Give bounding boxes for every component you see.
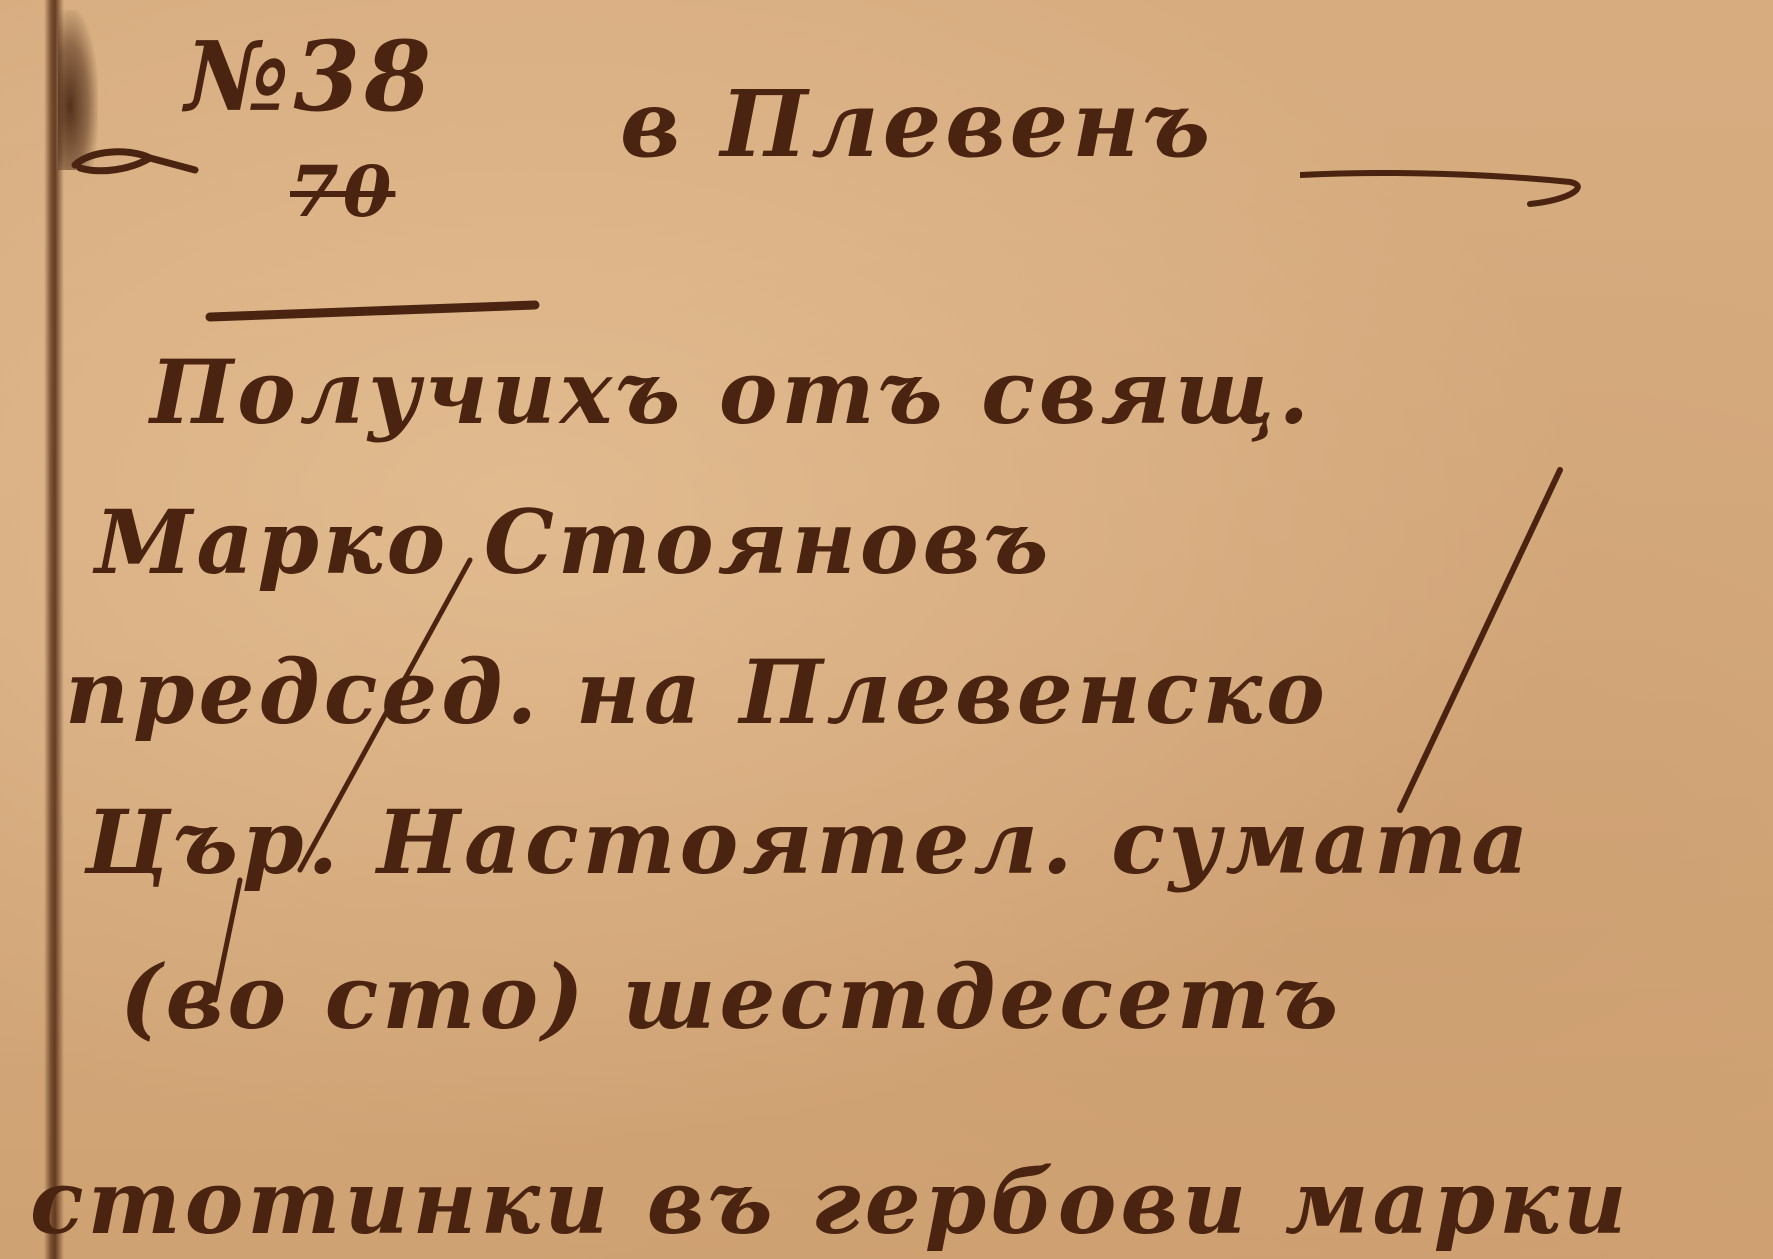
place-flourish-icon: [1300, 170, 1590, 210]
document-number: №38: [185, 20, 435, 133]
crossed-out-number: 70: [290, 150, 395, 233]
body-line-1: Получихъ отъ свящ.: [150, 340, 1313, 444]
margin-flourish-icon: [70, 140, 200, 180]
margin-ink-rule: [44, 0, 64, 1259]
body-line-5: (во сто) шестдесетъ: [120, 945, 1342, 1049]
body-line-6: стотинки въ гербови марки: [30, 1150, 1631, 1254]
body-line-4: Цър. Настоятел. сумата: [85, 790, 1532, 894]
place-heading: в Плевенъ: [620, 70, 1214, 178]
body-line-3: председ. на Плевенско: [65, 640, 1329, 744]
title-overline-icon: [205, 300, 545, 322]
body-line-2: Марко Стояновъ: [95, 490, 1052, 594]
document-page: №38 70 в Плевенъ Получихъ отъ свящ. Марк…: [0, 0, 1773, 1259]
